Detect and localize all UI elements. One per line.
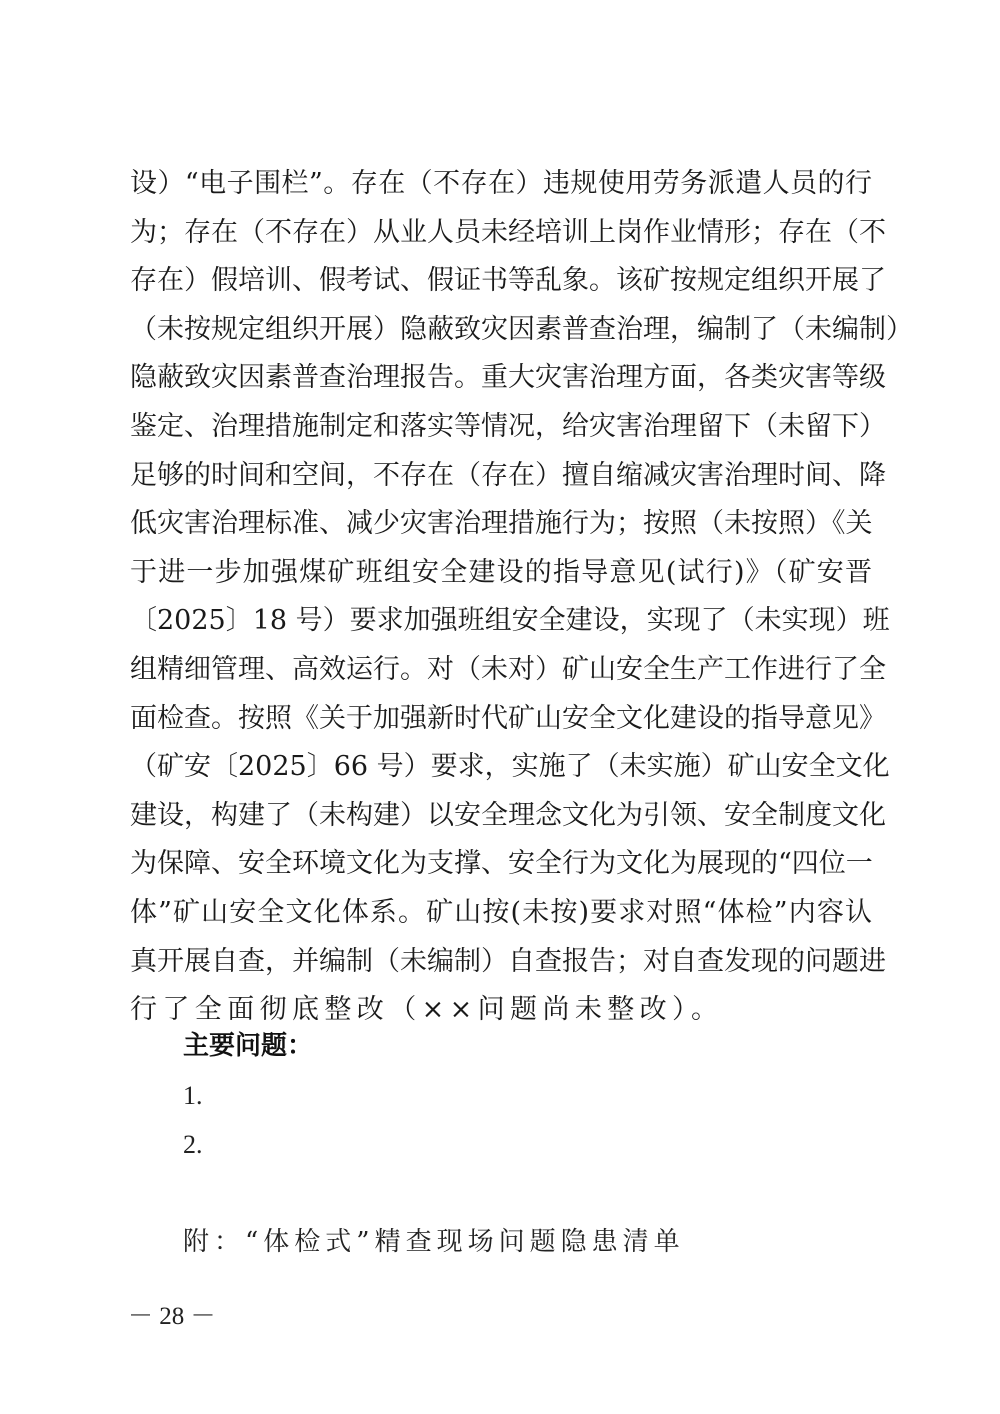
body-line: 建设，构建了（未构建）以安全理念文化为引领、安全制度文化 bbox=[130, 792, 872, 841]
body-line: 足够的时间和空间，不存在（存在）擅自缩减灾害治理时间、降 bbox=[130, 452, 872, 501]
body-line: （未按规定组织开展）隐蔽致灾因素普查治理，编制了（未编制） bbox=[130, 306, 872, 355]
main-issue-item-1: 1. bbox=[183, 1076, 203, 1116]
body-line: 低灾害治理标准、减少灾害治理措施行为；按照（未按照）《关 bbox=[130, 500, 872, 549]
body-line: 存在）假培训、假考试、假证书等乱象。该矿按规定组织开展了 bbox=[130, 257, 872, 306]
body-line: 体”矿山安全文化体系。矿山按(未按)要求对照“体检”内容认 bbox=[130, 889, 872, 938]
document-page: 设）“电子围栏”。存在（不存在）违规使用劳务派遣人员的行 为；存在（不存在）从业… bbox=[0, 0, 1000, 1414]
body-line: 面检查。按照《关于加强新时代矿山安全文化建设的指导意见》 bbox=[130, 695, 872, 744]
body-line: 鉴定、治理措施制定和落实等情况，给灾害治理留下（未留下） bbox=[130, 403, 872, 452]
body-line: （矿安〔2025〕66 号）要求，实施了（未实施）矿山安全文化 bbox=[130, 743, 872, 792]
body-line: 设）“电子围栏”。存在（不存在）违规使用劳务派遣人员的行 bbox=[130, 160, 872, 209]
body-line: 为保障、安全环境文化为支撑、安全行为文化为展现的“四位一 bbox=[130, 840, 872, 889]
body-paragraph: 设）“电子围栏”。存在（不存在）违规使用劳务派遣人员的行 为；存在（不存在）从业… bbox=[130, 160, 872, 1035]
body-line: 〔2025〕18 号）要求加强班组安全建设，实现了（未实现）班 bbox=[130, 597, 872, 646]
page-number: － 28 － bbox=[128, 1300, 216, 1334]
body-line: 隐蔽致灾因素普查治理报告。重大灾害治理方面，各类灾害等级 bbox=[130, 354, 872, 403]
body-line: 于进一步加强煤矿班组安全建设的指导意见(试行)》（矿安晋 bbox=[130, 549, 872, 598]
body-line: 真开展自查，并编制（未编制）自查报告；对自查发现的问题进 bbox=[130, 938, 872, 987]
main-issues-heading: 主要问题： bbox=[183, 1026, 313, 1066]
attachment-note: 附：“体检式”精查现场问题隐患清单 bbox=[183, 1222, 685, 1262]
main-issue-item-2: 2. bbox=[183, 1125, 203, 1165]
body-line: 组精细管理、高效运行。对（未对）矿山安全生产工作进行了全 bbox=[130, 646, 872, 695]
body-line: 为；存在（不存在）从业人员未经培训上岗作业情形；存在（不 bbox=[130, 209, 872, 258]
